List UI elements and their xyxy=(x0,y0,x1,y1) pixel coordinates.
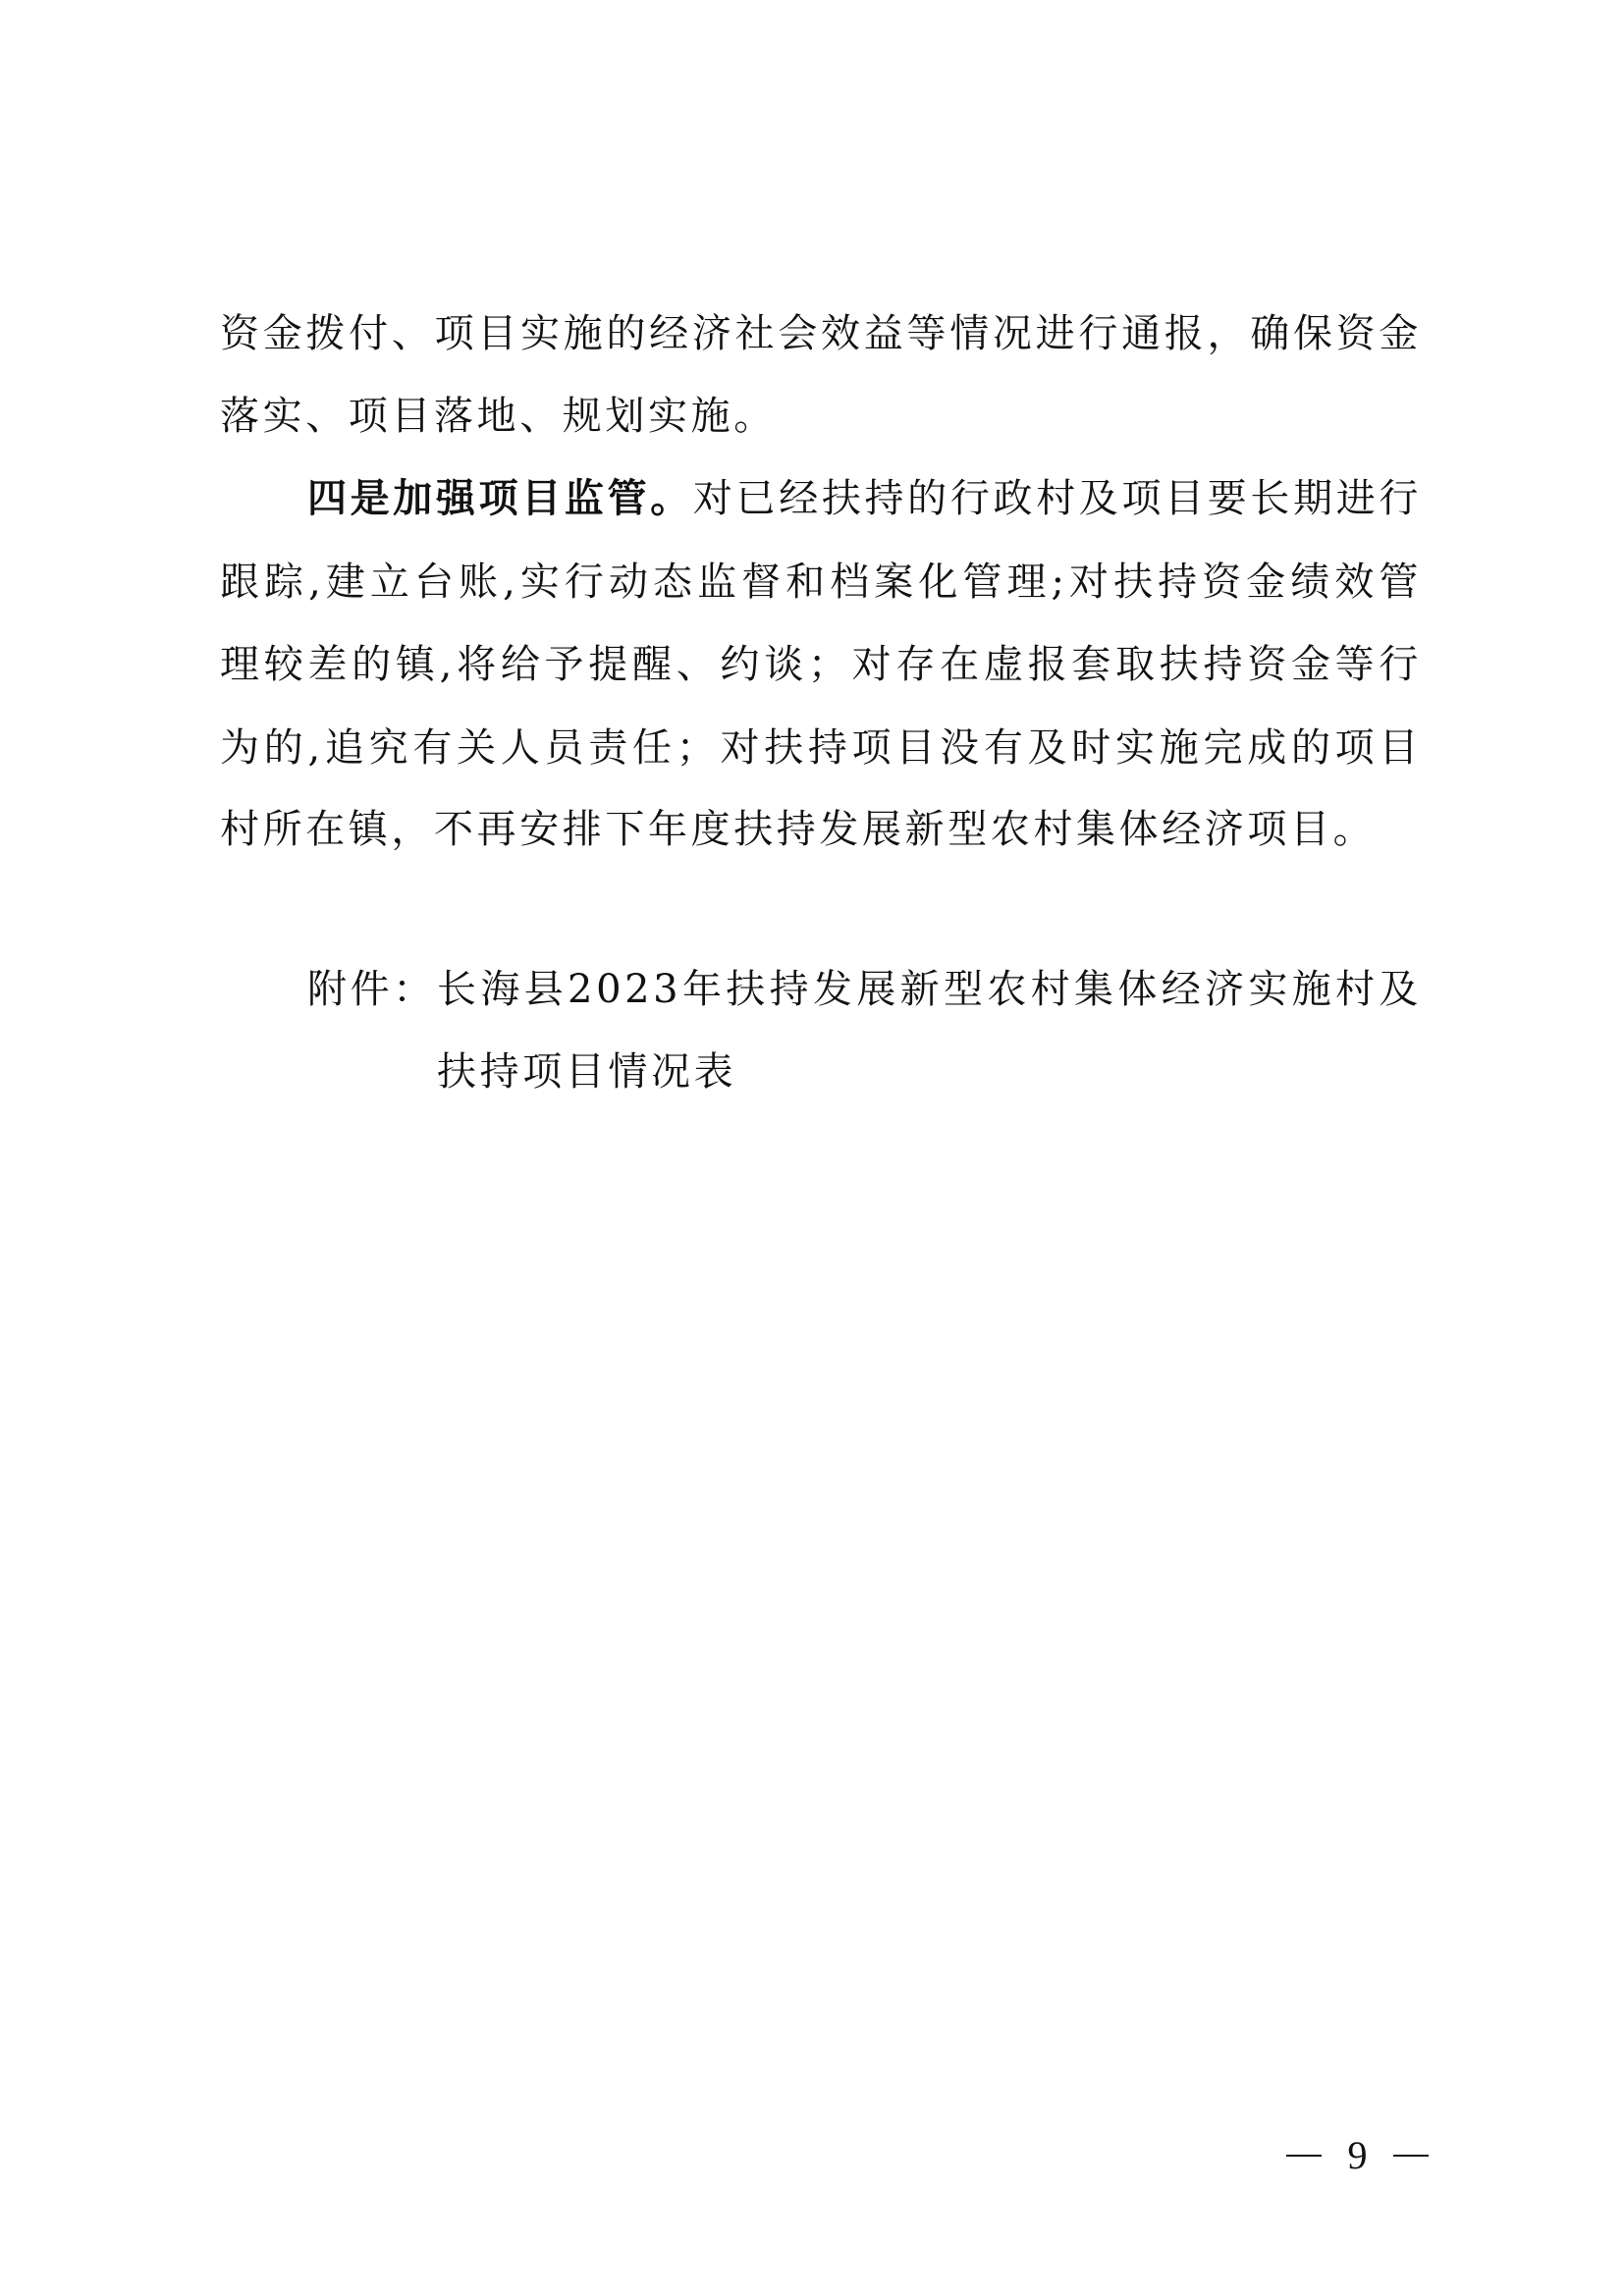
body-text-line: 村所在镇，不再安排下年度扶持发展新型农村集体经济项目。 xyxy=(220,806,1422,853)
document-page: 资金拨付、项目实施的经济社会效益等情况进行通报，确保资金 落实、项目落地、规划实… xyxy=(0,0,1624,2296)
body-text-line: 跟踪,建立台账,实行动态监督和档案化管理;对扶持资金绩效管 xyxy=(220,559,1422,606)
attachment-title-line: 扶持项目情况表 xyxy=(437,1048,1422,1095)
dash-right xyxy=(1393,2155,1429,2157)
paragraph-four-first-line: 四是加强项目监管。对已经扶持的行政村及项目要长期进行 xyxy=(307,475,1422,522)
attachment-title-line: 长海县2023年扶持发展新型农村集体经济实施村及 xyxy=(437,966,1422,1013)
body-text: 对已经扶持的行政村及项目要长期进行 xyxy=(693,476,1422,521)
paragraph-heading: 四是加强项目监管。 xyxy=(307,475,693,521)
body-text-line: 为的,追究有关人员责任；对扶持项目没有及时实施完成的项目 xyxy=(220,724,1422,772)
dash-left xyxy=(1286,2155,1322,2157)
attachment-label: 附件： xyxy=(307,966,436,1013)
body-text-line: 理较差的镇,将给予提醒、约谈；对存在虚报套取扶持资金等行 xyxy=(220,641,1422,688)
body-text-line: 落实、项目落地、规划实施。 xyxy=(220,393,1422,440)
page-number: 9 xyxy=(1286,2132,1429,2179)
body-text-line: 资金拨付、项目实施的经济社会效益等情况进行通报，确保资金 xyxy=(220,310,1422,357)
page-number-value: 9 xyxy=(1348,2132,1368,2179)
